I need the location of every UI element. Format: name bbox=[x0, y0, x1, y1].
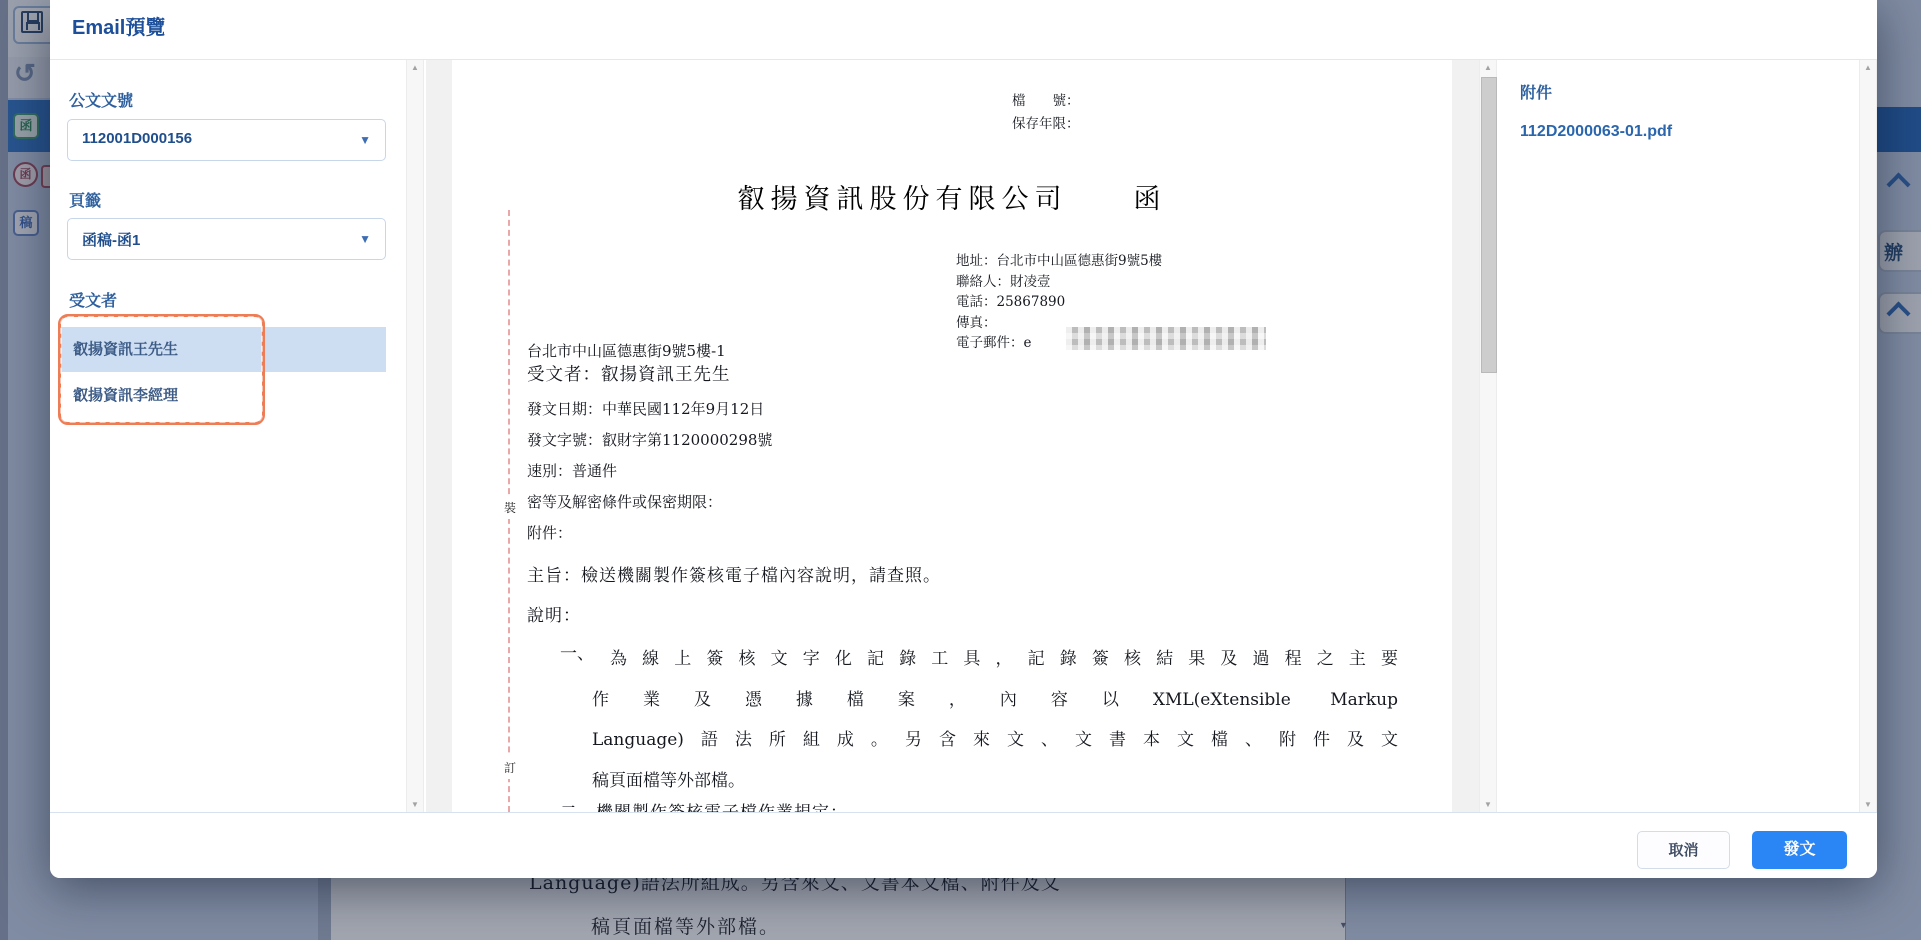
file-number-label: 檔 號： bbox=[1012, 90, 1167, 113]
scrollbar-thumb[interactable] bbox=[1481, 77, 1497, 373]
attachments-panel: 附件 112D2000063-01.pdf ▲ ▼ bbox=[1497, 60, 1877, 812]
document-scrollbar[interactable]: ▲ ▼ bbox=[1479, 60, 1497, 812]
recipients-label: 受文者 bbox=[69, 288, 117, 311]
meta-speed: 速別：普通件 bbox=[527, 456, 772, 487]
document-meta-block: 發文日期：中華民國112年9月12日 發文字號：叡財字第1120000298號 … bbox=[527, 394, 772, 549]
retention-label: 保存年限： bbox=[1012, 113, 1167, 136]
meta-date: 發文日期：中華民國112年9月12日 bbox=[527, 394, 772, 425]
document-subject: 主旨：檢送機關製作簽核電子檔內容說明，請查照。 bbox=[527, 561, 941, 586]
screen: ↺ 函 函 稿 Language)語法所組成。另含來文、文書本文檔、附件及文 稿… bbox=[0, 0, 1921, 940]
doc-number-value: 112001D000156 bbox=[82, 130, 192, 147]
scroll-down-icon[interactable]: ▼ bbox=[1480, 800, 1496, 809]
document-page: 檔 號： 保存年限： 叡揚資訊股份有限公司 函 地址：台北市中山區德惠街9號5樓… bbox=[452, 60, 1452, 812]
list-item1-marker: 一、 bbox=[560, 639, 594, 664]
tab-value: 函稿-函1 bbox=[82, 229, 140, 250]
chevron-down-icon: ▼ bbox=[359, 232, 371, 246]
recipient-address: 台北市中山區德惠街9號5樓-1 bbox=[527, 340, 726, 361]
modal-title: Email預覽 bbox=[72, 11, 165, 40]
cancel-button[interactable]: 取消 bbox=[1637, 831, 1730, 869]
scroll-up-icon[interactable]: ▲ bbox=[1860, 63, 1876, 72]
tab-select[interactable]: 函稿-函1 ▼ bbox=[67, 218, 386, 260]
scroll-down-icon[interactable]: ▼ bbox=[1860, 800, 1876, 809]
doc-number-select[interactable]: 112001D000156 ▼ bbox=[67, 119, 386, 161]
list-item2-text: 二、機關製作簽核電子檔作業規定： bbox=[560, 798, 848, 812]
sender-address: 地址：台北市中山區德惠街9號5樓 bbox=[956, 251, 1162, 272]
sender-contact: 聯絡人：財凌壹 bbox=[956, 272, 1162, 293]
document-title: 叡揚資訊股份有限公司 函 bbox=[452, 177, 1452, 216]
modal-footer: 取消 發文 bbox=[50, 812, 1877, 878]
recipient-item-selected[interactable]: 叡揚資訊王先生 bbox=[60, 327, 386, 372]
doc-number-label: 公文文號 bbox=[69, 88, 133, 111]
document-description-label: 說明： bbox=[527, 601, 581, 626]
chevron-down-icon: ▼ bbox=[359, 133, 371, 147]
attachments-scrollbar[interactable]: ▲ ▼ bbox=[1859, 60, 1877, 812]
attachment-file-link[interactable]: 112D2000063-01.pdf bbox=[1520, 123, 1672, 141]
page-gutter-left bbox=[426, 60, 453, 812]
page-gutter-right bbox=[1452, 60, 1479, 812]
sender-phone: 電話：25867890 bbox=[956, 292, 1162, 313]
document-preview-pane: 檔 號： 保存年限： 叡揚資訊股份有限公司 函 地址：台北市中山區德惠街9號5樓… bbox=[424, 60, 1497, 812]
scroll-up-icon[interactable]: ▲ bbox=[407, 63, 423, 72]
meta-number: 發文字號：叡財字第1120000298號 bbox=[527, 425, 772, 456]
sidebar-scrollbar[interactable]: ▲ ▼ bbox=[406, 60, 424, 812]
recipient-item[interactable]: 叡揚資訊李經理 bbox=[60, 373, 386, 418]
recipient-line: 受文者：叡揚資訊王先生 bbox=[527, 361, 731, 386]
file-number-block: 檔 號： 保存年限： bbox=[1012, 90, 1167, 136]
scroll-down-icon[interactable]: ▼ bbox=[407, 800, 423, 809]
meta-attachment: 附件： bbox=[527, 518, 772, 549]
scroll-up-icon[interactable]: ▲ bbox=[1480, 63, 1496, 72]
tab-label: 頁籤 bbox=[69, 188, 101, 211]
email-preview-modal: Email預覽 公文文號 112001D000156 ▼ 頁籤 函稿-函1 ▼ … bbox=[50, 0, 1877, 878]
binding-margin-line: 裝 訂 bbox=[508, 210, 510, 812]
attachments-label: 附件 bbox=[1520, 80, 1552, 103]
redacted-email-block bbox=[1066, 327, 1266, 350]
list-item1-text: 為線上簽核文字化記錄工具，記錄簽核結果及過程之主要 作業及憑據檔案，內容以XML… bbox=[592, 639, 1398, 801]
send-button[interactable]: 發文 bbox=[1752, 831, 1847, 869]
meta-security: 密等及解密條件或保密期限： bbox=[527, 487, 772, 518]
